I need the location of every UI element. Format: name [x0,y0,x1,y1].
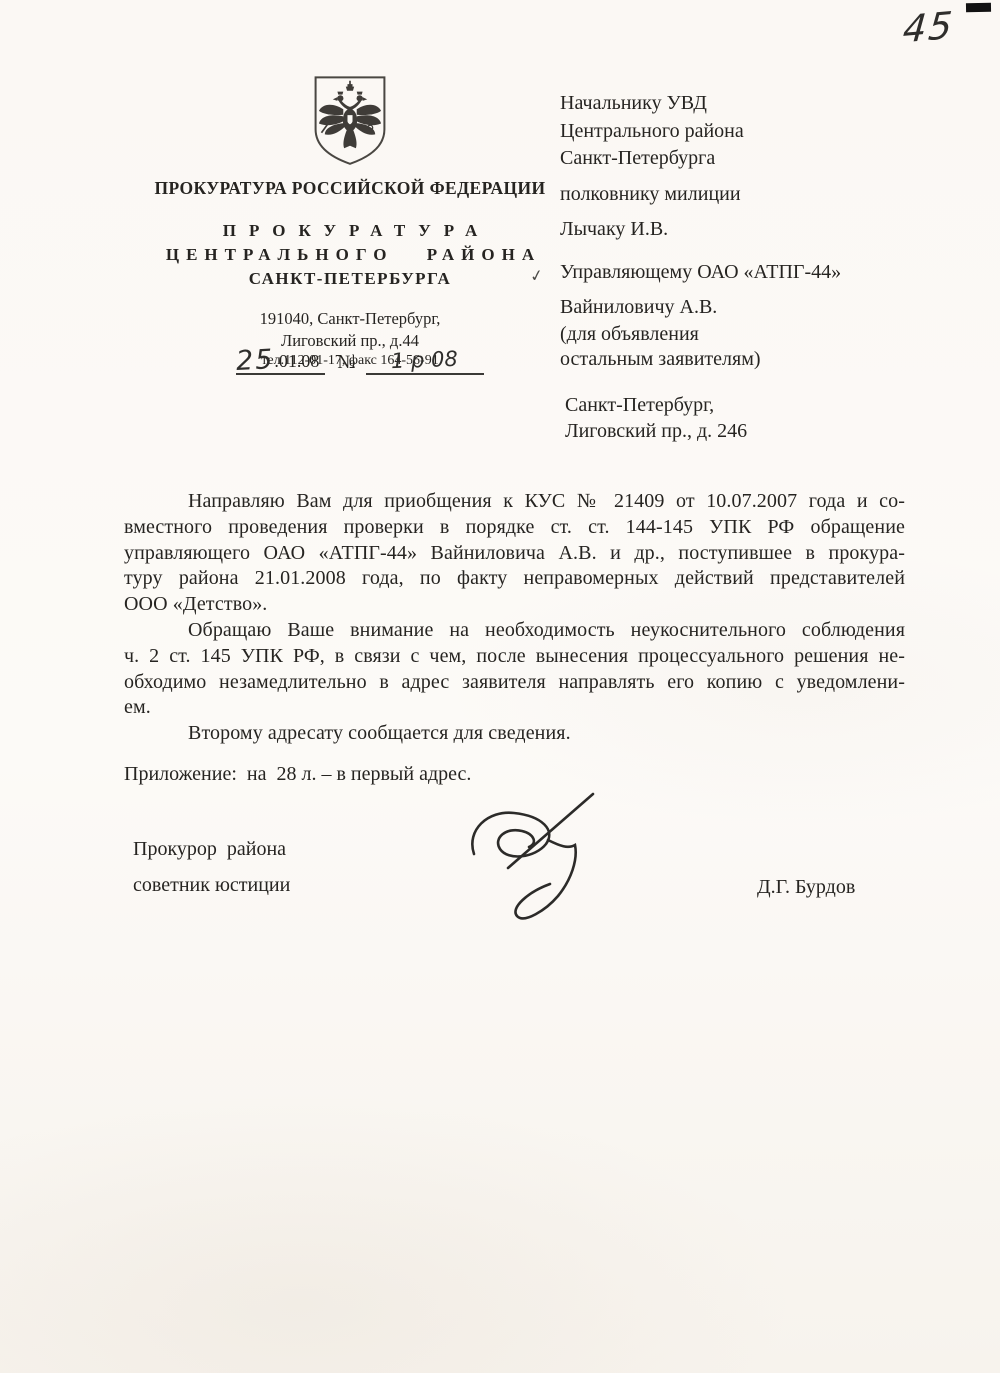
number-sign: № [337,352,355,374]
signer-title-line2: советник юстиции [133,874,290,897]
para2-line3: обходимо незамедлительно в адрес заявите… [124,670,905,696]
para2-line2: ч. 2 ст. 145 УПК РФ, в связи с чем, посл… [124,644,905,670]
scanned-letter-page: 45 ПРОКУРА [0,0,1000,1373]
handwritten-outgoing-number: 1 р 08 [391,349,458,371]
typed-month-year: .01.08 [274,351,319,372]
recipient1-rank: полковнику милиции [560,181,960,209]
recipient2-name: Вайниловичу А.В. [560,294,960,322]
org-name-line3: САНКТ-ПЕТЕРБУРГА [142,269,558,289]
org-name-line2: ЦЕНТРАЛЬНОГО РАЙОНА [142,245,558,265]
para1-line4: туру района 21.01.2008 года, по факту не… [124,566,905,592]
date-field: 25 .01.08 [236,350,325,375]
russian-coat-of-arms-icon [308,74,392,168]
signer-name: Д.Г. Бурдов [757,876,855,899]
letter-body: Направляю Вам для приобщения к КУС № 214… [124,489,905,747]
para1-line2: вместного проведения проверки в порядке … [124,515,905,541]
handwritten-day: 25 [235,349,274,373]
outgoing-number-field: 1 р 08 [366,350,484,375]
recipient2-address: Санкт-Петербург, Лиговский пр., д. 246 [560,392,960,444]
recipient2-address-line2: Лиговский пр., д. 246 [565,418,960,444]
letterhead: ПРОКУРАТУРА РОССИЙСКОЙ ФЕДЕРАЦИИ ПРОКУРА… [142,74,558,369]
para1-line3: управляющего ОАО «АТПГ-44» Вайниловича А… [124,541,905,567]
recipient2-note-line1: (для объявления [560,322,960,347]
recipient1-name: Лычаку И.В. [560,216,960,244]
para2-line4: ем. [124,695,905,721]
attachment-note: Приложение: на 28 л. – в первый адрес. [124,763,471,786]
recipients-block: Начальнику УВД Центрального района Санкт… [560,90,960,444]
letterhead-address-line1: 191040, Санкт-Петербург, [142,309,558,329]
signer-title-line1: Прокурор района [133,838,286,861]
reference-line: 25 .01.08 № 1 р 08 [236,350,516,375]
recipient1-line3: Санкт-Петербурга [560,145,960,173]
paragraph-3: Второму адресату сообщается для сведения… [124,721,905,747]
recipient2-block: ✓ Управляющему ОАО «АТПГ-44» Вайниловичу… [560,259,960,444]
org-federation-title: ПРОКУРАТУРА РОССИЙСКОЙ ФЕДЕРАЦИИ [142,178,558,199]
para1-line1: Направляю Вам для приобщения к КУС № 214… [124,489,905,515]
para2-line1: Обращаю Ваше внимание на необходимость н… [124,618,905,644]
recipient1-line2: Центрального района [560,118,960,146]
recipient2-address-line1: Санкт-Петербург, [565,392,960,418]
recipient2-note-line2: остальным заявителям) [560,347,960,372]
scan-corner-mark [966,3,991,12]
recipient2-line1: Управляющему ОАО «АТПГ-44» [560,259,960,287]
recipient1-line1: Начальнику УВД [560,90,960,118]
paragraph-2: Обращаю Ваше внимание на необходимость н… [124,618,905,721]
handwritten-page-number: 45 [901,4,956,52]
para1-line5: ООО «Детство». [124,592,905,618]
handwritten-signature [458,786,633,926]
letterhead-address-line2: Лиговский пр., д.44 [142,331,558,351]
org-name-line1: ПРОКУРАТУРА [142,221,558,241]
paragraph-1: Направляю Вам для приобщения к КУС № 214… [124,489,905,618]
